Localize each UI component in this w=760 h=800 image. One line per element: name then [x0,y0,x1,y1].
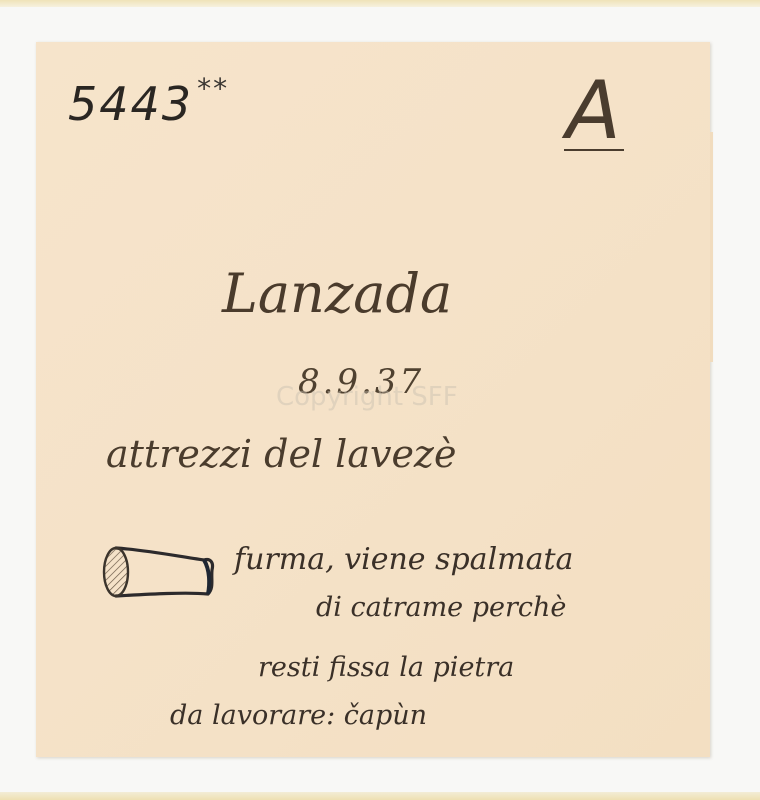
corner-letter-underline [564,149,624,151]
note-line-4: da lavorare: čapùn [170,700,427,731]
catalog-marks: ** [197,72,229,105]
tool-sketch-icon [96,540,221,604]
catalog-number-value: 5443 [68,77,193,131]
catalog-number: 5443** [68,72,229,131]
corner-letter: A [566,64,621,157]
top-border-strip [0,0,760,7]
note-line-1: furma, viene spalmata [234,542,573,577]
note-line-3: resti fissa la pietra [258,652,514,683]
subject-line: attrezzi del lavezè [106,432,456,476]
bottom-border-strip [0,792,760,800]
copyright-watermark: Copyright SFF [276,382,458,412]
note-line-2: di catrame perchè [316,592,566,623]
place-name: Lanzada [222,262,452,325]
archive-card: 5443** A Lanzada 8.9.37 Copyright SFF at… [36,42,710,757]
